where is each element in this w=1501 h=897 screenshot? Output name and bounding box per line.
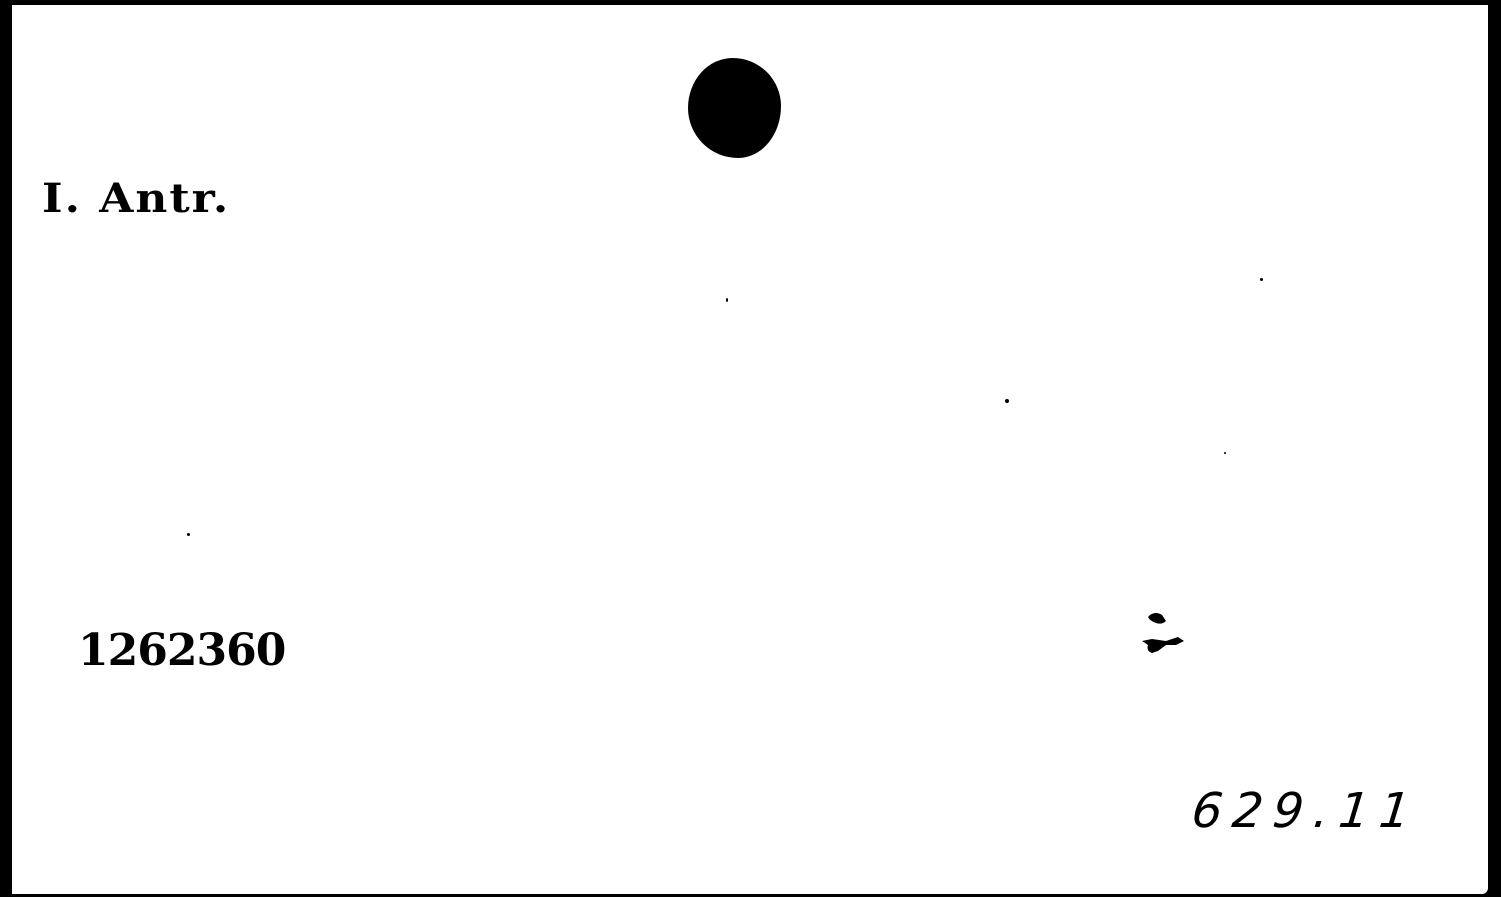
card-heading: I. Antr. [42,175,230,222]
speck [1005,399,1009,403]
accession-number: 1262360 [78,625,285,676]
speck [1260,278,1263,281]
punch-hole [688,58,781,158]
speck [1224,452,1226,454]
catalog-card: I. Antr. 1262360 629.11 [12,5,1488,894]
ink-smudge [1130,605,1190,665]
speck [726,298,728,302]
speck [187,533,190,536]
classification-number: 629.11 [1189,783,1423,839]
